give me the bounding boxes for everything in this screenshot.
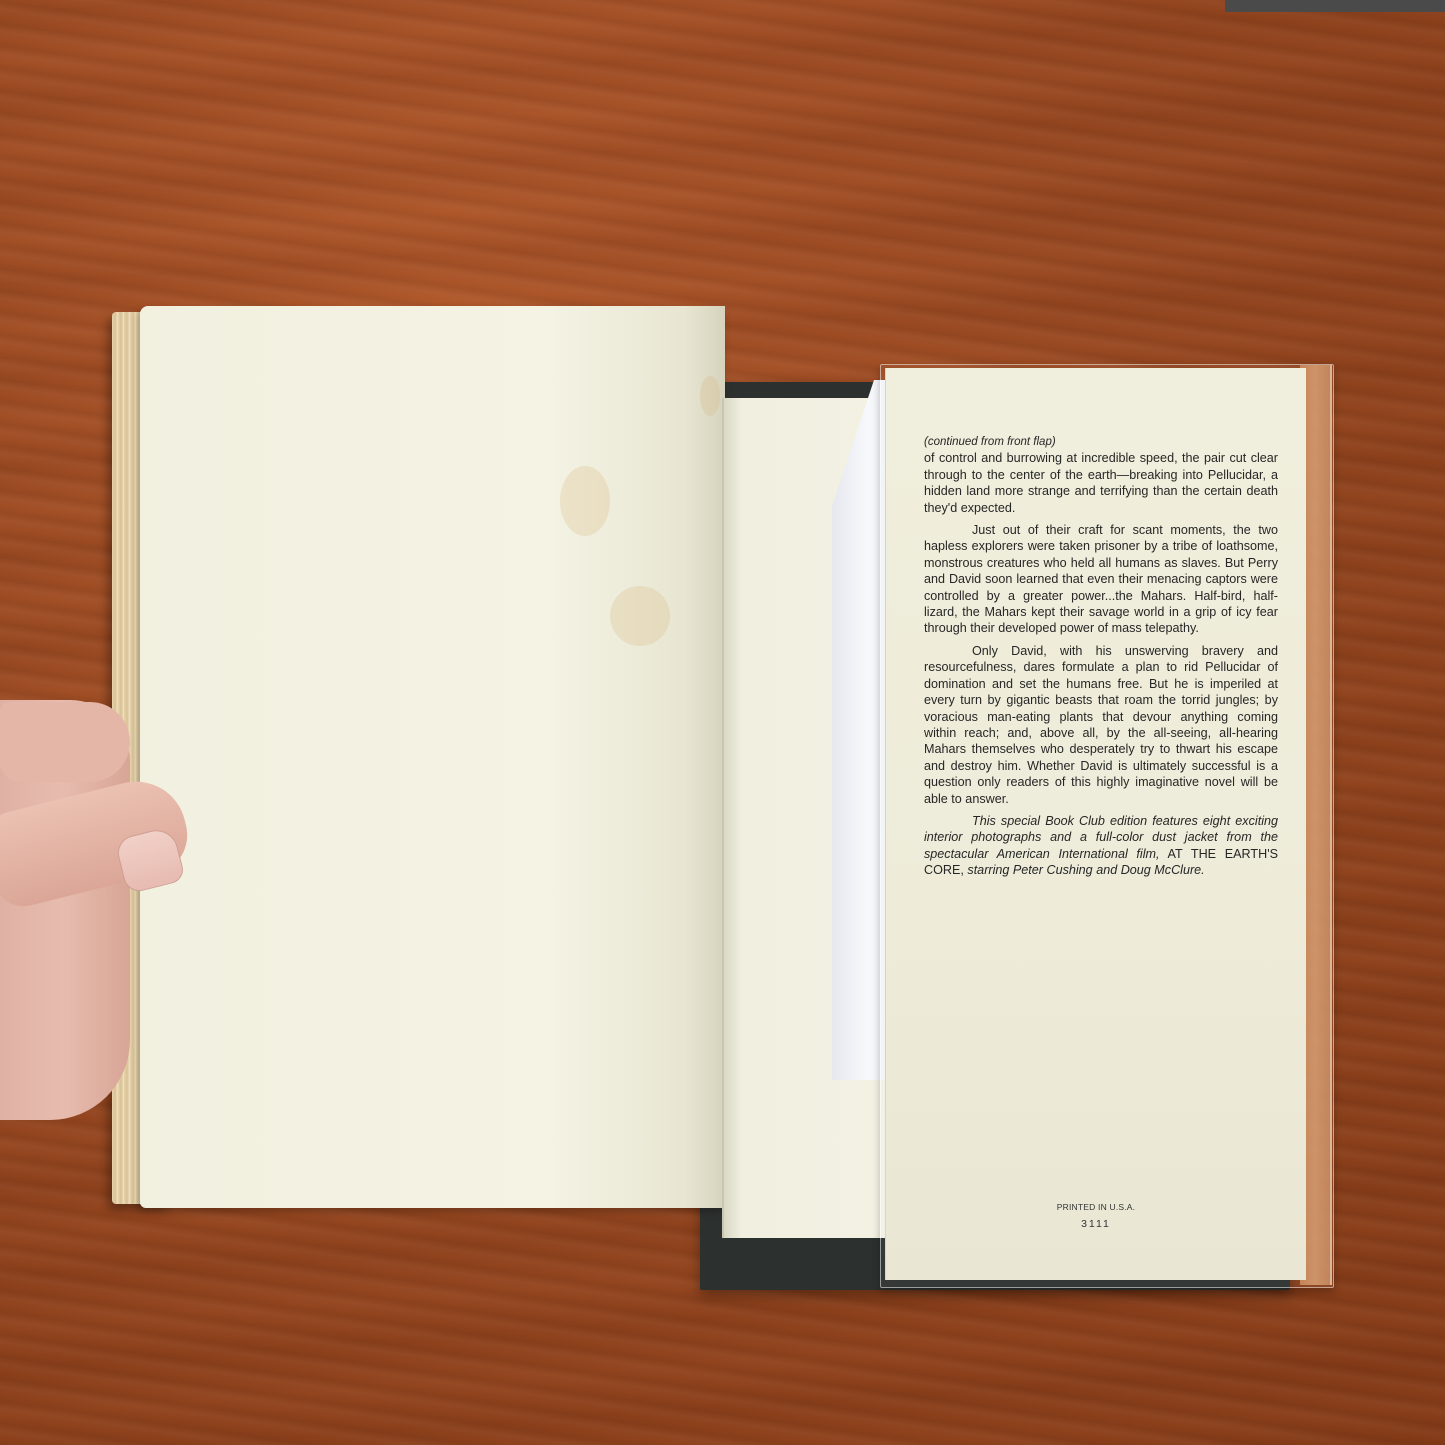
- flap-text: (continued from front flap) of control a…: [924, 434, 1278, 885]
- foxing-spot: [700, 376, 720, 416]
- printed-in-usa: PRINTED IN U.S.A.: [886, 1202, 1306, 1212]
- dust-jacket-back-flap: (continued from front flap) of control a…: [885, 368, 1306, 1280]
- closing-italic-tail: starring Peter Cushing and Doug McClure.: [967, 863, 1204, 877]
- continued-note: (continued from front flap): [924, 434, 1278, 450]
- foxing-spot: [560, 466, 610, 536]
- left-blank-page[interactable]: [140, 306, 725, 1208]
- flap-paragraph: Only David, with his unswerving bravery …: [924, 643, 1278, 807]
- flap-closing: This special Book Club edition features …: [924, 813, 1278, 879]
- flap-paragraph: of control and burrowing at incredible s…: [924, 450, 1278, 516]
- foxing-spot: [610, 586, 670, 646]
- book-code: 3111: [886, 1218, 1306, 1230]
- flap-paragraph: Just out of their craft for scant moment…: [924, 522, 1278, 637]
- background-object: [1225, 0, 1445, 12]
- finger: [0, 702, 130, 782]
